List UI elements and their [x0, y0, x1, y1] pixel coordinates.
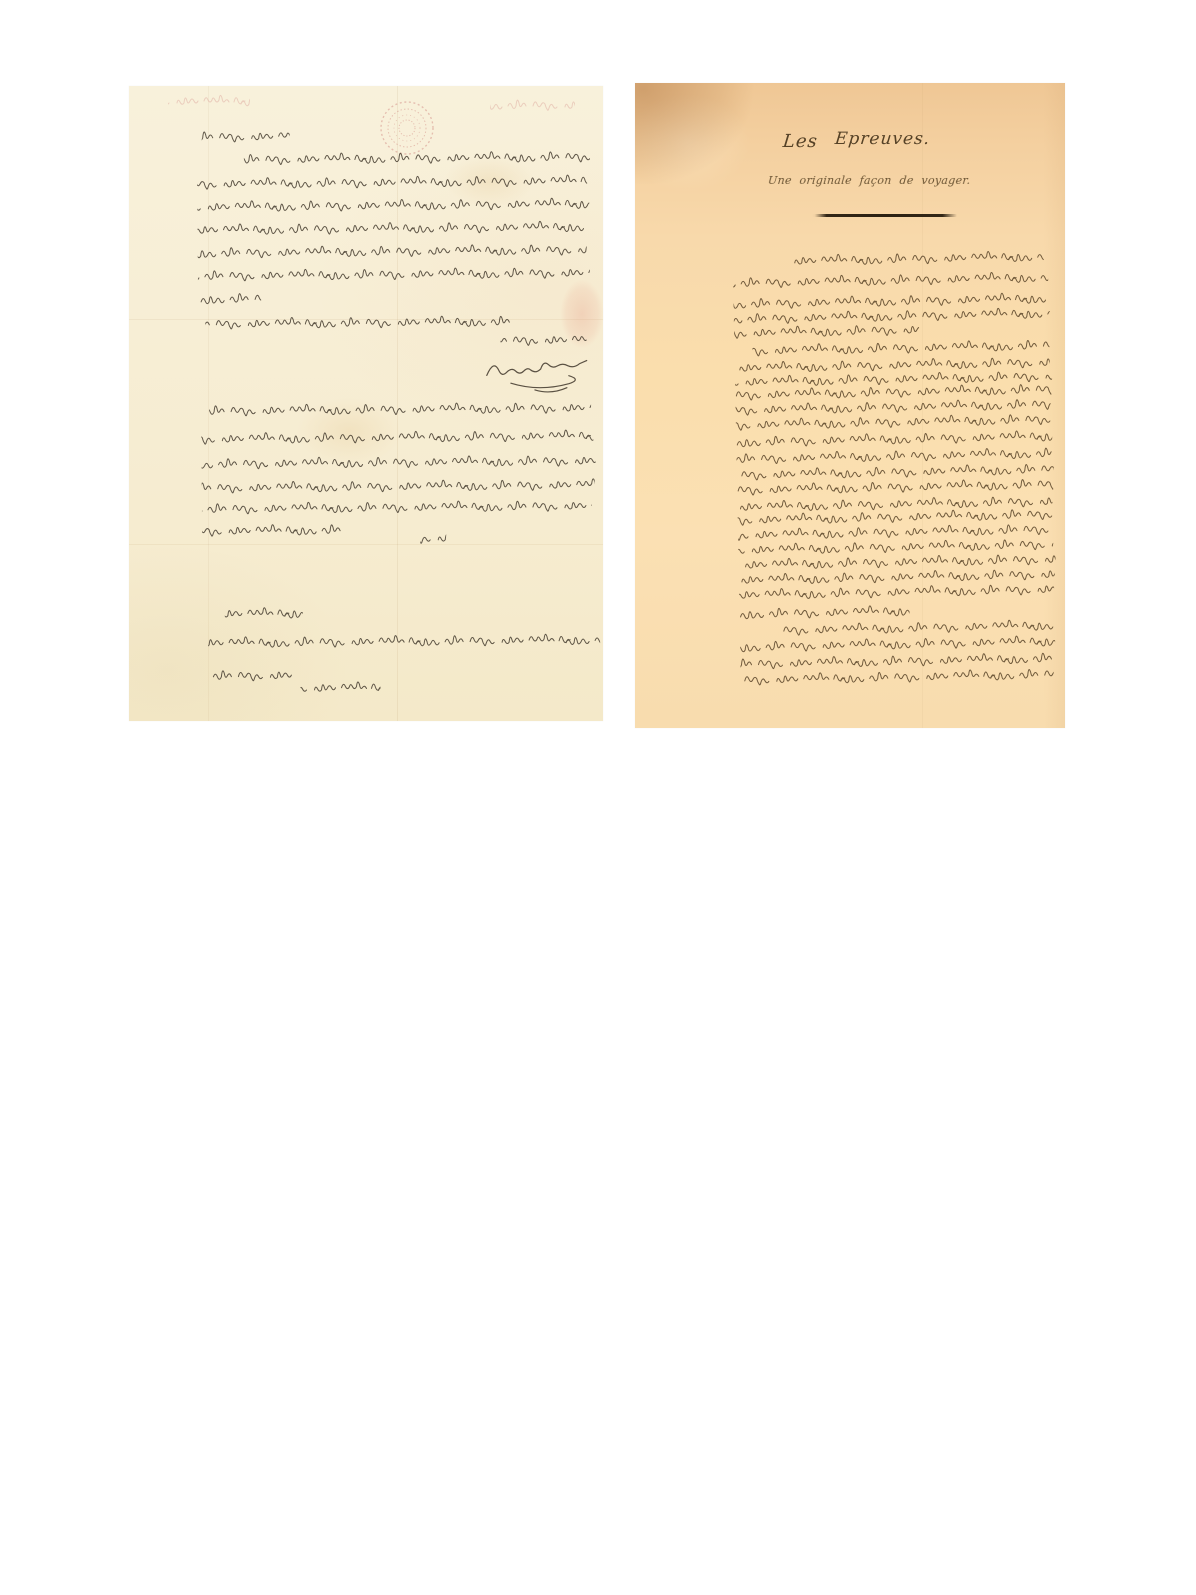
letter-address-block: [127, 82, 607, 721]
right-manuscript-page: Les Epreuves. Une originale façon de voy…: [635, 83, 1065, 728]
handwriting-line: [225, 606, 303, 623]
handwriting-line: [789, 249, 1044, 270]
handwriting-line: [208, 668, 293, 685]
left-manuscript-page: [129, 86, 603, 721]
handwriting-line: [208, 632, 600, 651]
handwriting-line: [733, 270, 1048, 292]
signature-flourish: [483, 354, 601, 397]
manuscript-body-text: [627, 77, 1069, 730]
handwriting-line: [739, 604, 909, 623]
handwriting-line: [734, 322, 919, 342]
handwriting-line: [300, 680, 380, 697]
